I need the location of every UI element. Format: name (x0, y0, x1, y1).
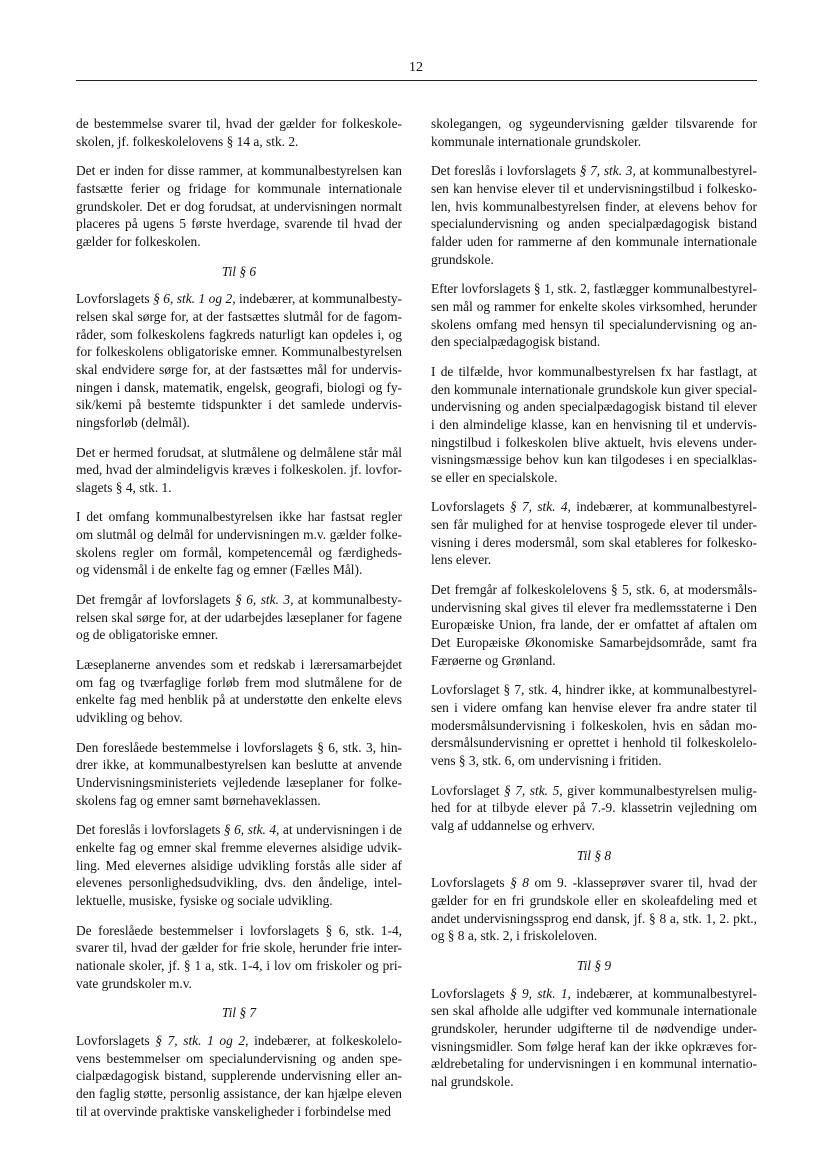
paragraph-text: Lovforslagets (76, 291, 153, 306)
paragraph-text: Lovforslagets (431, 986, 510, 1001)
paragraph-text: I det omfang kommunalbestyrelsen ikke ha… (76, 509, 402, 577)
section-reference: § 6, stk. 3, (235, 592, 293, 607)
body-paragraph: Det er hermed forudsat, at slutmålene og… (76, 444, 402, 497)
paragraph-text: de bestemmelse svarer til, hvad der gæld… (76, 116, 402, 149)
paragraph-text: Det er hermed forudsat, at slutmålene og… (76, 445, 402, 495)
section-heading: Til § 9 (431, 957, 757, 975)
section-reference: § 8 (510, 875, 529, 890)
section-heading: Til § 6 (76, 263, 402, 281)
body-paragraph: Lovforslaget § 7, stk. 4, hindrer ikke, … (431, 681, 757, 769)
body-paragraph: Lovforslaget § 7, stk. 5, giver kommunal… (431, 782, 757, 835)
section-reference: § 6, stk. 1 og 2, (153, 291, 235, 306)
body-paragraph: de bestemmelse svarer til, hvad der gæld… (76, 115, 402, 150)
section-reference: § 9, stk. 1, (510, 986, 571, 1001)
body-paragraph: skolegangen, og sygeundervisning gælder … (431, 115, 757, 150)
section-reference: § 7, stk. 1 og 2, (155, 1033, 248, 1048)
paragraph-text: Det foreslås i lovforslagets (431, 163, 580, 178)
paragraph-text: Lovforslagets (76, 1033, 155, 1048)
header-rule (76, 80, 757, 81)
body-paragraph: I det omfang kommunalbestyrelsen ikke ha… (76, 508, 402, 579)
left-column: de bestemmelse svarer til, hvad der gæld… (76, 115, 402, 1132)
paragraph-text: Efter lovforslagets § 1, stk. 2, fastlæg… (431, 281, 757, 349)
body-paragraph: Læseplanerne anvendes som et redskab i l… (76, 656, 402, 727)
paragraph-text: indebærer, at kommunalbesty-relsen skal … (76, 291, 402, 430)
body-paragraph: Det foreslås i lovforslagets § 7, stk. 3… (431, 162, 757, 268)
body-paragraph: Efter lovforslagets § 1, stk. 2, fastlæg… (431, 280, 757, 351)
section-heading: Til § 7 (76, 1004, 402, 1022)
paragraph-text: Den foreslåede bestemmelse i lovforslage… (76, 740, 402, 808)
paragraph-text: Lovforslagets (431, 875, 510, 890)
body-paragraph: Lovforslagets § 9, stk. 1, indebærer, at… (431, 985, 757, 1091)
paragraph-text: skolegangen, og sygeundervisning gælder … (431, 116, 757, 149)
paragraph-text: at kommunalbestyrel-sen kan henvise elev… (431, 163, 757, 266)
section-reference: § 7, stk. 4, (510, 499, 571, 514)
section-reference: § 7, stk. 3, (580, 163, 636, 178)
paragraph-text: indebærer, at kommunalbestyrel-sen skal … (431, 986, 757, 1089)
body-paragraph: Lovforslagets § 7, stk. 1 og 2, indebære… (76, 1032, 402, 1120)
body-paragraph: I de tilfælde, hvor kommunalbestyrelsen … (431, 363, 757, 487)
body-paragraph: Det fremgår af lovforslagets § 6, stk. 3… (76, 591, 402, 644)
section-reference: § 6, stk. 4, (224, 822, 280, 837)
section-heading: Til § 8 (431, 847, 757, 865)
body-paragraph: Den foreslåede bestemmelse i lovforslage… (76, 739, 402, 810)
paragraph-text: I de tilfælde, hvor kommunalbestyrelsen … (431, 364, 757, 485)
paragraph-text: Det fremgår af lovforslagets (76, 592, 235, 607)
body-paragraph: Det foreslås i lovforslagets § 6, stk. 4… (76, 821, 402, 909)
paragraph-text: De foreslåede bestemmelser i lovforslage… (76, 923, 402, 991)
body-paragraph: Lovforslagets § 6, stk. 1 og 2, indebære… (76, 290, 402, 431)
paragraph-text: Det er inden for disse rammer, at kommun… (76, 163, 402, 249)
body-paragraph: Lovforslagets § 8 om 9. -klasseprøver sv… (431, 874, 757, 945)
body-paragraph: Det er inden for disse rammer, at kommun… (76, 162, 402, 250)
paragraph-text: Lovforslaget (431, 783, 504, 798)
right-column: skolegangen, og sygeundervisning gælder … (431, 115, 757, 1103)
paragraph-text: Lovforslagets (431, 499, 510, 514)
paragraph-text: Det fremgår af folkeskolelovens § 5, stk… (431, 582, 757, 668)
paragraph-text: Det foreslås i lovforslagets (76, 822, 224, 837)
body-paragraph: Det fremgår af folkeskolelovens § 5, stk… (431, 581, 757, 669)
paragraph-text: Læseplanerne anvendes som et redskab i l… (76, 657, 402, 725)
paragraph-text: Lovforslaget § 7, stk. 4, hindrer ikke, … (431, 682, 757, 768)
body-paragraph: Lovforslagets § 7, stk. 4, indebærer, at… (431, 498, 757, 569)
section-reference: § 7, stk. 5, (504, 783, 563, 798)
page-number: 12 (0, 60, 832, 76)
body-paragraph: De foreslåede bestemmelser i lovforslage… (76, 922, 402, 993)
